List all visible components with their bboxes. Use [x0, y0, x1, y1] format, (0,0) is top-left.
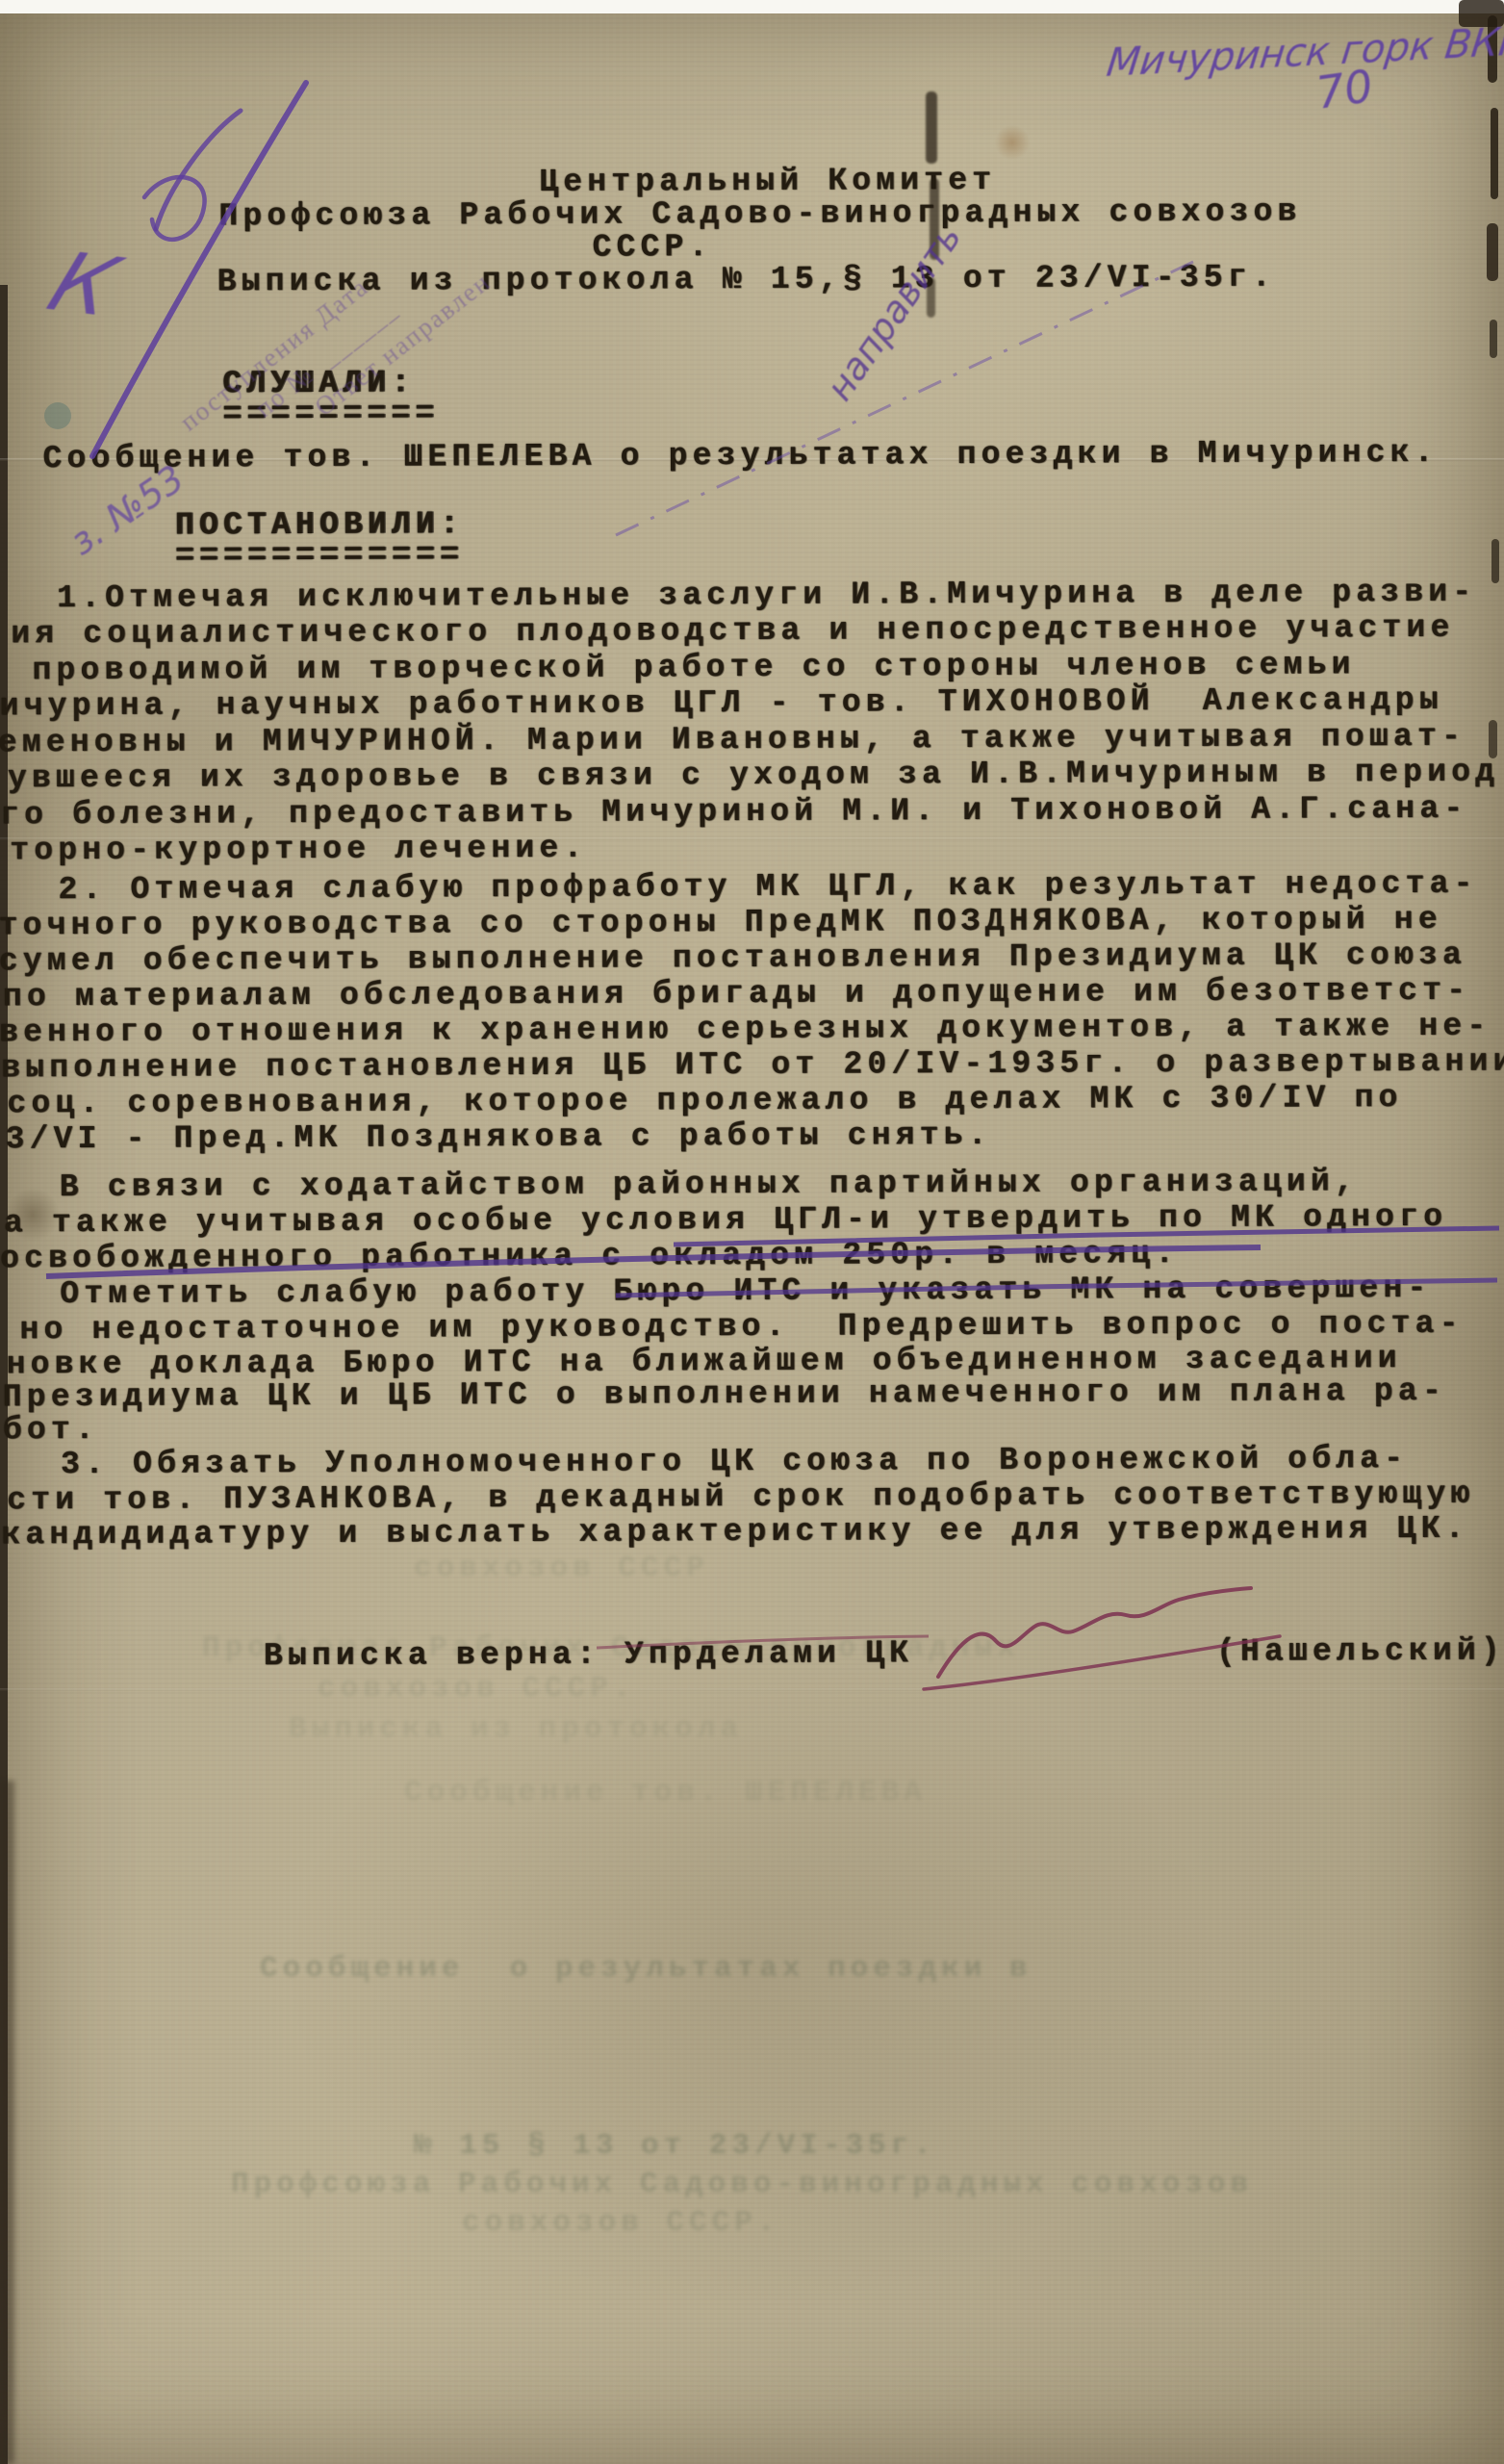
para1-line: торно-курортное лечение. [10, 831, 587, 870]
para1-line: го болезни, предоставить Мичуриной М.И. … [0, 791, 1467, 834]
para2-line: соц. соревнования, которое пролежало в д… [7, 1080, 1402, 1122]
para4-line: бот. [3, 1412, 99, 1449]
org-name-line3: СССР. [592, 229, 712, 267]
org-name-line2: Профсоюза Рабочих Садово-виноградных сов… [218, 193, 1301, 235]
typed-text-layer: Центральный Комитет Профсоюза Рабочих Са… [0, 0, 1504, 2464]
corner-handwritten-number: 70 [1313, 60, 1376, 119]
para2-line: 3/VI - Пред.МК Позднякова с работы снять… [5, 1117, 991, 1158]
para1-line: ичурина, научных работников ЦГЛ - тов. Т… [0, 682, 1443, 726]
para1-line: ия социалистического плодоводства и непо… [11, 610, 1454, 654]
resolved-heading-underline: ============ [175, 537, 464, 575]
certifier-name: (Нашельский) [1216, 1633, 1504, 1671]
para5-line: кандидидатуру и выслать характеристику е… [1, 1511, 1468, 1554]
para4-line: Президиума ЦК и ЦБ ИТС о выполнении наме… [3, 1373, 1446, 1417]
scanned-document-page: совхозов СССР Профсоюза Рабочих Садово-в… [0, 0, 1504, 2464]
certification-line: Выписка верна: Упрделами ЦК [264, 1635, 913, 1675]
para3-line: а также учитывая особые условия ЦГЛ-и ут… [4, 1199, 1447, 1243]
